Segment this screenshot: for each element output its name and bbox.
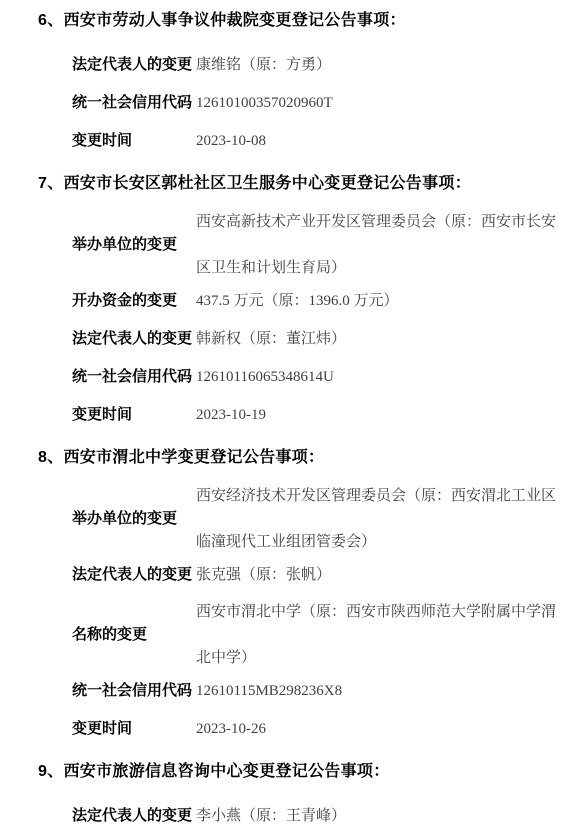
field-label: 统一社会信用代码 xyxy=(72,683,196,699)
section-rows: 法定代表人的变更 康维铭（原：方勇） 统一社会信用代码 126101003570… xyxy=(0,57,579,149)
field-label: 变更时间 xyxy=(72,721,196,737)
section-rows: 举办单位的变更 西安经济技术开发区管理委员会（原：西安渭北工业区临潼现代工业组团… xyxy=(0,473,579,737)
field-value: 张克强（原：张帆） xyxy=(196,567,556,583)
section-title: 西安市渭北中学变更登记公告事项： xyxy=(64,449,325,466)
field-value: 康维铭（原：方勇） xyxy=(196,57,556,73)
document-body: 6、西安市劳动人事争议仲裁院变更登记公告事项： 法定代表人的变更 康维铭（原：方… xyxy=(0,0,579,824)
section-header: 9、西安市旅游信息咨询中心变更登记公告事项： xyxy=(38,763,579,781)
section-title: 西安市劳动人事争议仲裁院变更登记公告事项： xyxy=(64,12,406,29)
section-number: 9、 xyxy=(38,763,64,780)
field-label: 变更时间 xyxy=(72,407,196,423)
field-label: 变更时间 xyxy=(72,133,196,149)
field-row: 举办单位的变更 西安经济技术开发区管理委员会（原：西安渭北工业区临潼现代工业组团… xyxy=(72,473,579,565)
field-row: 变更时间 2023-10-08 xyxy=(72,133,579,149)
field-row: 法定代表人的变更 张克强（原：张帆） xyxy=(72,567,579,583)
section-header: 6、西安市劳动人事争议仲裁院变更登记公告事项： xyxy=(38,12,579,30)
field-row: 法定代表人的变更 韩新权（原：董江炜） xyxy=(72,331,579,347)
field-label: 举办单位的变更 xyxy=(72,511,196,527)
field-row: 变更时间 2023-10-19 xyxy=(72,407,579,423)
field-label: 统一社会信用代码 xyxy=(72,95,196,111)
field-row: 变更时间 2023-10-26 xyxy=(72,721,579,737)
field-row: 举办单位的变更 西安高新技术产业开发区管理委员会（原：西安市长安区卫生和计划生育… xyxy=(72,199,579,291)
field-label: 开办资金的变更 xyxy=(72,293,196,309)
announcement-section: 8、西安市渭北中学变更登记公告事项： 举办单位的变更 西安经济技术开发区管理委员… xyxy=(0,449,579,737)
field-row: 统一社会信用代码 12610116065348614U xyxy=(72,369,579,385)
field-value: 2023-10-08 xyxy=(196,133,556,149)
section-title: 西安市长安区郭杜社区卫生服务中心变更登记公告事项： xyxy=(64,175,472,192)
section-header: 8、西安市渭北中学变更登记公告事项： xyxy=(38,449,579,467)
section-number: 6、 xyxy=(38,12,64,29)
field-value: 437.5 万元（原：1396.0 万元） xyxy=(196,293,556,309)
field-label: 法定代表人的变更 xyxy=(72,57,196,73)
section-number: 7、 xyxy=(38,175,64,192)
field-value: 2023-10-26 xyxy=(196,721,556,737)
field-row: 法定代表人的变更 李小燕（原：王青峰） xyxy=(72,808,579,824)
field-value: 韩新权（原：董江炜） xyxy=(196,331,556,347)
field-value: 12610116065348614U xyxy=(196,369,556,385)
section-title: 西安市旅游信息咨询中心变更登记公告事项： xyxy=(64,763,390,780)
field-row: 开办资金的变更 437.5 万元（原：1396.0 万元） xyxy=(72,293,579,309)
field-value: 西安高新技术产业开发区管理委员会（原：西安市长安区卫生和计划生育局） xyxy=(196,199,556,291)
field-label: 举办单位的变更 xyxy=(72,237,196,253)
field-value: 2023-10-19 xyxy=(196,407,556,423)
field-label: 法定代表人的变更 xyxy=(72,567,196,583)
field-value: 西安市渭北中学（原：西安市陕西师范大学附属中学渭北中学） xyxy=(196,589,556,681)
section-number: 8、 xyxy=(38,449,64,466)
field-row: 统一社会信用代码 12610100357020960T xyxy=(72,95,579,111)
field-label: 法定代表人的变更 xyxy=(72,331,196,347)
announcement-section: 7、西安市长安区郭杜社区卫生服务中心变更登记公告事项： 举办单位的变更 西安高新… xyxy=(0,175,579,423)
field-label: 法定代表人的变更 xyxy=(72,808,196,824)
announcement-section: 6、西安市劳动人事争议仲裁院变更登记公告事项： 法定代表人的变更 康维铭（原：方… xyxy=(0,12,579,149)
field-label: 名称的变更 xyxy=(72,627,196,643)
field-label: 统一社会信用代码 xyxy=(72,369,196,385)
field-value: 12610100357020960T xyxy=(196,95,556,111)
field-row: 名称的变更 西安市渭北中学（原：西安市陕西师范大学附属中学渭北中学） xyxy=(72,589,579,681)
field-row: 法定代表人的变更 康维铭（原：方勇） xyxy=(72,57,579,73)
field-value: 12610115MB298236X8 xyxy=(196,683,556,699)
section-header: 7、西安市长安区郭杜社区卫生服务中心变更登记公告事项： xyxy=(38,175,579,193)
field-value: 西安经济技术开发区管理委员会（原：西安渭北工业区临潼现代工业组团管委会） xyxy=(196,473,556,565)
field-row: 统一社会信用代码 12610115MB298236X8 xyxy=(72,683,579,699)
section-rows: 法定代表人的变更 李小燕（原：王青峰） xyxy=(0,808,579,824)
announcement-section: 9、西安市旅游信息咨询中心变更登记公告事项： 法定代表人的变更 李小燕（原：王青… xyxy=(0,763,579,824)
field-value: 李小燕（原：王青峰） xyxy=(196,808,556,824)
section-rows: 举办单位的变更 西安高新技术产业开发区管理委员会（原：西安市长安区卫生和计划生育… xyxy=(0,199,579,423)
